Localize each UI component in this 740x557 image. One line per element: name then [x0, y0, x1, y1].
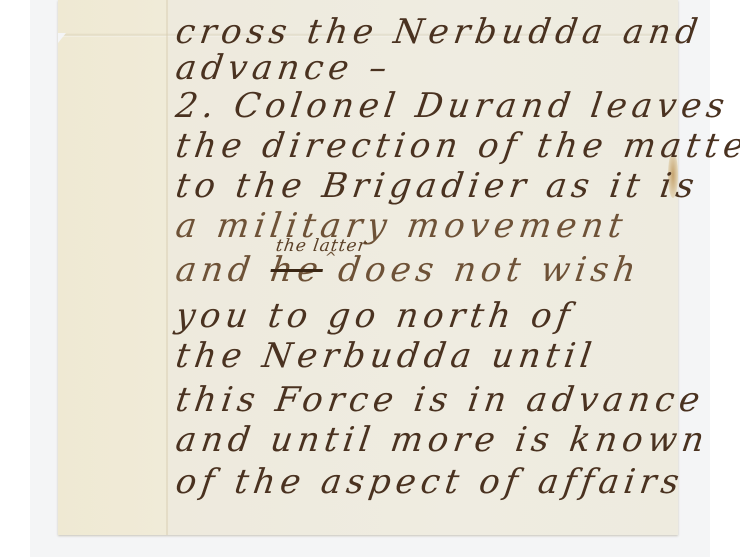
insertion-caret: ^ [323, 250, 342, 266]
paper-vertical-fold [166, 0, 168, 535]
line-2: advance – [173, 48, 394, 88]
line-9: the Nerbudda until [173, 336, 599, 376]
struck-word: he [268, 250, 326, 290]
paper-fold-notch [58, 33, 66, 43]
line-5: to the Brigadier as it is [173, 166, 701, 206]
line-12: of the aspect of affairs [173, 462, 686, 502]
line-7-end: does not wish [336, 250, 643, 290]
line-1: cross the Nerbudda and [173, 12, 705, 52]
line-10: this Force is in advance [173, 380, 707, 420]
line-8: you to go north of [173, 296, 577, 336]
line-6: a military movement [173, 206, 630, 246]
line-11: and until more is known [173, 420, 711, 460]
line-3: 2. Colonel Durand leaves [173, 86, 732, 126]
line-4: the direction of the matter [173, 126, 740, 166]
line-7: and he^ does not wish [173, 250, 643, 290]
manuscript-page: ~ ~ ~ ~ ~ ~ ~ ~ ~ ~ cross the Nerbudda a… [58, 0, 678, 535]
line-7-start: and [173, 250, 258, 290]
